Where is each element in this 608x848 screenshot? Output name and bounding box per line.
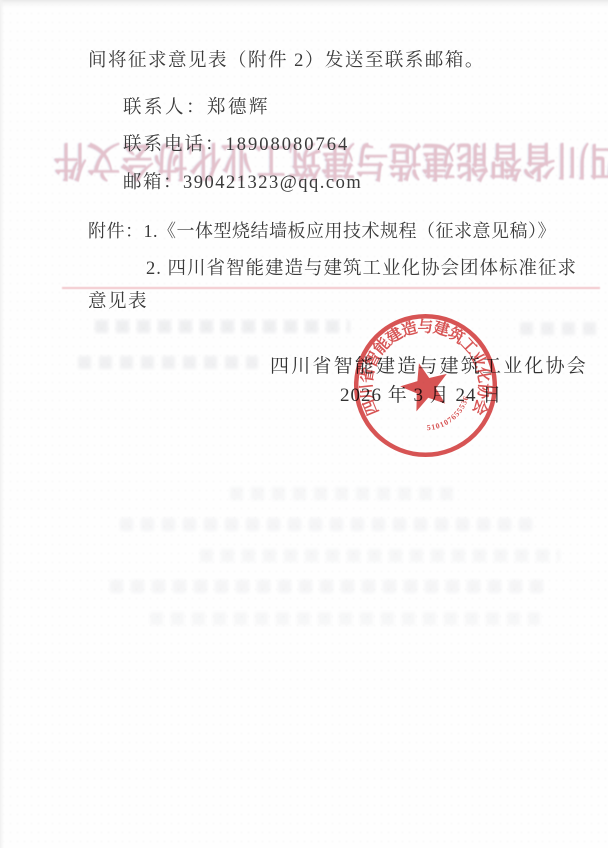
contact-phone-line: 联系电话：18908080764 bbox=[123, 130, 349, 156]
scan-edge-shadow-left bbox=[0, 0, 4, 848]
attachments-line-1: 附件：1.《一体型烧结墙板应用技术规程（征求意见稿）》 bbox=[88, 217, 556, 243]
official-seal: 四川省智能建造与建筑工业化协会 5101076555366 bbox=[351, 311, 500, 460]
scan-edge-shadow-top bbox=[0, 0, 608, 8]
seal-star-icon bbox=[396, 357, 454, 414]
showthrough-smudge bbox=[120, 518, 540, 531]
showthrough-smudge bbox=[150, 612, 540, 625]
showthrough-smudge bbox=[110, 580, 550, 593]
scanned-document-page: 四川省智能建造与建筑工业化协会文件 间将征求意见表（附件 2）发送至联系邮箱。 … bbox=[0, 0, 608, 848]
body-intro-line: 间将征求意见表（附件 2）发送至联系邮箱。 bbox=[88, 46, 485, 72]
showthrough-smudge bbox=[95, 320, 350, 333]
contact-email-line: 邮箱：390421323@qq.com bbox=[123, 168, 362, 194]
showthrough-smudge bbox=[200, 549, 560, 562]
contact-person-line: 联系人：郑德辉 bbox=[123, 93, 270, 119]
attachments-line-3: 意见表 bbox=[88, 287, 148, 313]
showthrough-smudge bbox=[78, 356, 258, 369]
showthrough-smudge bbox=[520, 322, 598, 335]
attachments-line-2: 2. 四川省智能建造与建筑工业化协会团体标准征求 bbox=[146, 254, 577, 280]
showthrough-smudge bbox=[230, 487, 460, 500]
